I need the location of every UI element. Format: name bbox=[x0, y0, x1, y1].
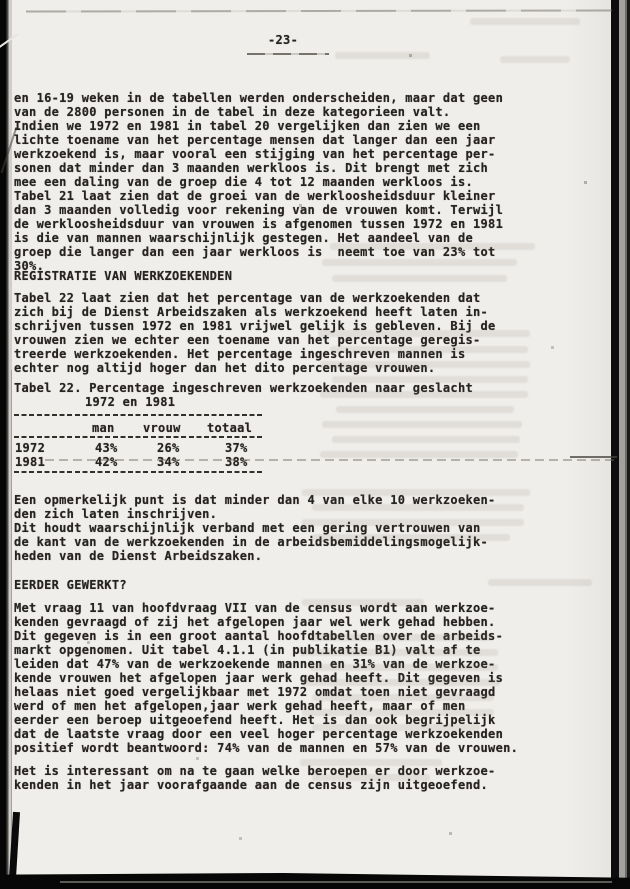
bleed-through-artifact bbox=[302, 599, 424, 606]
cell-vrouw: 34% bbox=[157, 455, 180, 469]
bleed-through-artifact bbox=[332, 275, 507, 282]
table-header-row: man vrouw totaal bbox=[15, 421, 315, 435]
text-line: de werkloosheidsduur van vrouwen is afge… bbox=[14, 217, 503, 231]
row-year: 1981 bbox=[15, 455, 45, 469]
row-year: 1972 bbox=[15, 441, 45, 455]
bleed-through-artifact bbox=[322, 421, 522, 428]
table-row-1972: 1972 43% 26% 37% bbox=[15, 441, 315, 455]
section-heading-registratie: REGISTRATIE VAN WERKZOEKENDEN bbox=[14, 269, 232, 283]
pen-line-artifact-dark bbox=[570, 456, 617, 458]
bleed-through-artifact bbox=[322, 259, 517, 266]
bleed-through-artifact bbox=[312, 534, 510, 541]
bleed-through-artifact bbox=[332, 436, 520, 443]
column-header-vrouw: vrouw bbox=[143, 421, 181, 435]
page-fold-line bbox=[11, 370, 12, 875]
bleed-through-artifact bbox=[330, 346, 528, 353]
table-rule-bottom bbox=[14, 471, 265, 473]
text-line: Indien we 1972 en 1981 in tabel 20 verge… bbox=[14, 119, 503, 133]
bleed-through-artifact bbox=[300, 649, 498, 656]
text-line: en 16-19 weken in de tabellen werden ond… bbox=[14, 91, 503, 105]
page-number-underline bbox=[247, 53, 329, 55]
text-line: zich bij de Dienst Arbeidszaken als werk… bbox=[14, 305, 496, 319]
text-line: sonen dat minder dan 3 maanden werkloos … bbox=[14, 161, 503, 175]
table-rule-middle bbox=[14, 436, 265, 438]
bleed-through-artifact bbox=[335, 52, 430, 59]
page-number: -23- bbox=[268, 33, 298, 47]
scan-right-edge bbox=[611, 0, 630, 889]
cell-totaal: 38% bbox=[225, 455, 248, 469]
text-line: dan 3 maanden volledig voor rekening van… bbox=[14, 203, 503, 217]
bleed-through-artifact bbox=[310, 664, 498, 671]
bleed-through-artifact bbox=[312, 504, 524, 511]
section-heading-eerder-gewerkt: EERDER GEWERKT? bbox=[14, 578, 127, 592]
text-line: mee een daling van de groep die 4 tot 12… bbox=[14, 175, 503, 189]
bleed-through-artifact bbox=[302, 489, 530, 496]
text-line: kenden gevraagd of zij het afgelopen jaa… bbox=[14, 615, 518, 629]
cell-vrouw: 26% bbox=[157, 441, 180, 455]
text-line: van de 2800 personen in de tabel in deze… bbox=[14, 105, 503, 119]
text-line: werkzoekend is, maar vooral een stijging… bbox=[14, 147, 503, 161]
cell-man: 42% bbox=[95, 455, 118, 469]
cell-totaal: 37% bbox=[225, 441, 248, 455]
text-line: Tabel 21 laat zien dat de groei van de w… bbox=[14, 189, 503, 203]
bleed-through-artifact bbox=[320, 361, 530, 368]
bleed-through-artifact bbox=[330, 243, 535, 250]
text-line: lichte toename van het percentage mensen… bbox=[14, 133, 503, 147]
bleed-through-artifact bbox=[332, 376, 528, 383]
bleed-through-artifact bbox=[336, 406, 514, 413]
text-line: Tabel 22 laat zien dat het percentage va… bbox=[14, 291, 496, 305]
scan-bottom-stripe bbox=[60, 881, 612, 883]
bleed-through-artifact bbox=[312, 724, 480, 731]
table-caption-line2: 1972 en 1981 bbox=[85, 395, 175, 409]
pen-line-artifact bbox=[45, 459, 618, 461]
bleed-through-artifact bbox=[300, 759, 442, 766]
bleed-through-artifact bbox=[318, 330, 530, 337]
bleed-through-artifact bbox=[310, 634, 492, 641]
bleed-through-artifact bbox=[488, 579, 592, 586]
bleed-through-artifact bbox=[320, 451, 518, 458]
page-top-edge-line bbox=[26, 9, 612, 12]
bleed-through-artifact bbox=[312, 774, 430, 781]
text-line: positief wordt beantwoord: 74% van de ma… bbox=[14, 741, 518, 755]
text-line: Met vraag 11 van hoofdvraag VII van de c… bbox=[14, 601, 518, 615]
bleed-through-artifact bbox=[500, 56, 570, 63]
bleed-through-artifact bbox=[470, 18, 580, 25]
scanned-document-page: -23- en 16-19 weken in de tabellen werde… bbox=[0, 0, 630, 889]
table-row-1981: 1981 42% 34% 38% bbox=[15, 455, 315, 469]
cell-man: 43% bbox=[95, 441, 118, 455]
bleed-through-artifact bbox=[302, 519, 524, 526]
text-line: heden van de Dienst Arbeidszaken. bbox=[14, 549, 496, 563]
bleed-through-artifact bbox=[302, 679, 500, 686]
table-rule-top bbox=[14, 414, 265, 416]
paragraph-census-question: Met vraag 11 van hoofdvraag VII van de c… bbox=[14, 601, 518, 755]
column-header-man: man bbox=[92, 421, 115, 435]
scan-speckles bbox=[0, 0, 1, 1]
bleed-through-artifact bbox=[302, 709, 494, 716]
bleed-through-artifact bbox=[312, 694, 494, 701]
bleed-through-artifact bbox=[320, 391, 528, 398]
column-header-totaal: totaal bbox=[207, 421, 252, 435]
